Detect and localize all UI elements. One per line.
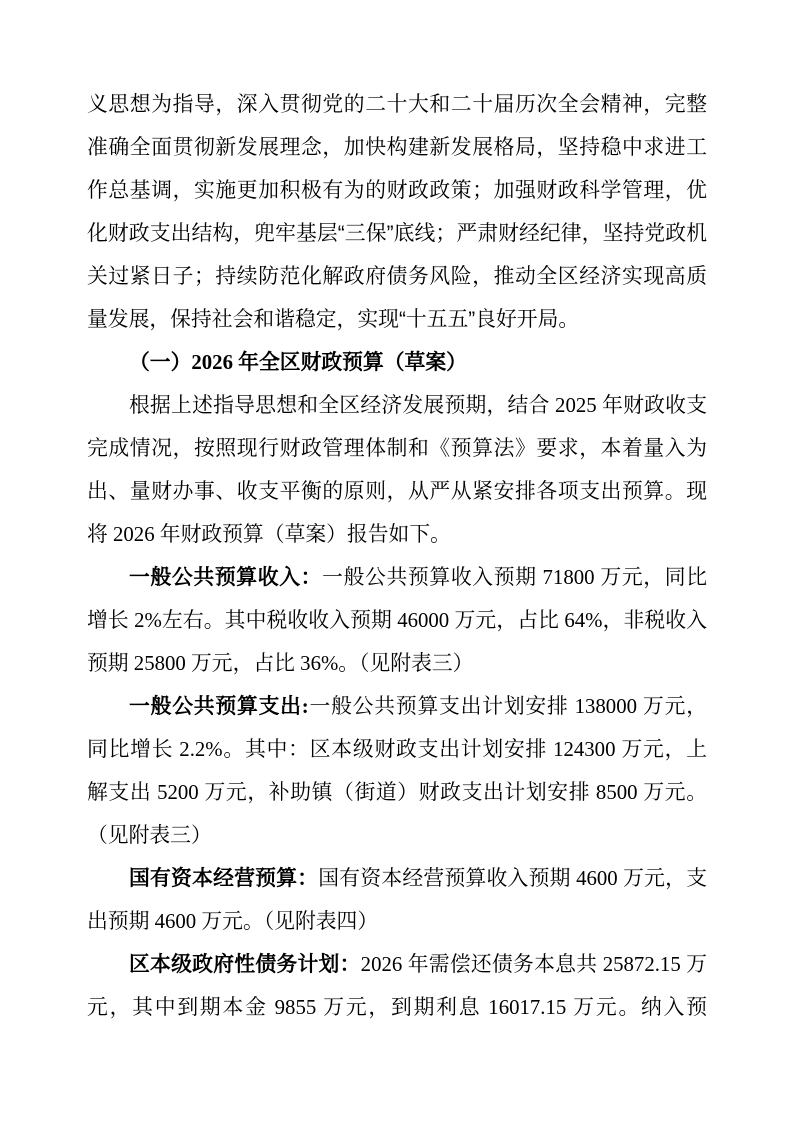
budget-item-state-capital: 国有资本经营预算：国有资本经营预算收入预期 4600 万元，支出预期 4600 … bbox=[87, 857, 707, 943]
continued-paragraph: 义思想为指导，深入贯彻党的二十大和二十届历次全会精神，完整准确全面贯彻新发展理念… bbox=[87, 83, 707, 341]
budget-item-general-expenditure: 一般公共预算支出:一般公共预算支出计划安排 138000 万元，同比增长 2.2… bbox=[87, 685, 707, 857]
budget-item-label: 一般公共预算收入： bbox=[129, 566, 322, 589]
budget-item-government-debt: 区本级政府性债务计划：2026 年需偿还债务本息共 25872.15 万元，其中… bbox=[87, 943, 707, 1029]
budget-item-label: 区本级政府性债务计划： bbox=[129, 953, 361, 976]
document-page: 义思想为指导，深入贯彻党的二十大和二十届历次全会精神，完整准确全面贯彻新发展理念… bbox=[0, 0, 794, 1122]
intro-paragraph: 根据上述指导思想和全区经济发展预期，结合 2025 年财政收支完成情况，按照现行… bbox=[87, 384, 707, 556]
budget-item-label: 一般公共预算支出: bbox=[129, 695, 309, 718]
section-heading: （一）2026 年全区财政预算（草案） bbox=[87, 341, 707, 384]
budget-item-label: 国有资本经营预算： bbox=[129, 867, 318, 890]
budget-item-general-revenue: 一般公共预算收入：一般公共预算收入预期 71800 万元，同比增长 2%左右。其… bbox=[87, 556, 707, 685]
